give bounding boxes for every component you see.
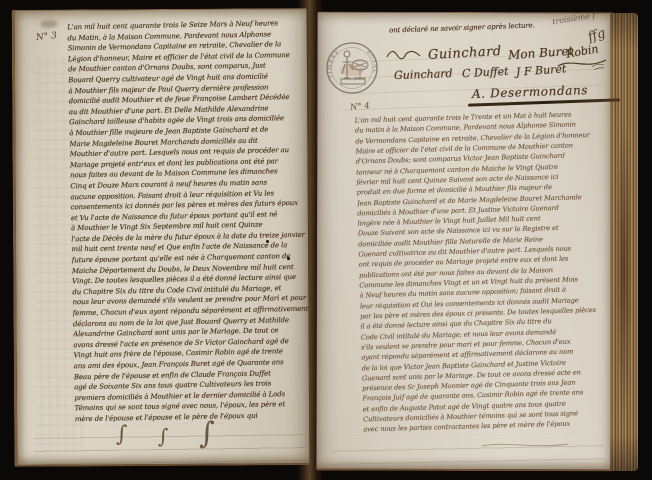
- right-page-text: L'an mil huit cent quarante trois le Tre…: [355, 109, 615, 436]
- ruled-lines-left: [34, 422, 307, 466]
- book-fore-edge: [610, 13, 638, 471]
- tail-flourish-icon: [480, 440, 570, 450]
- signature-witness: C Duffet: [462, 65, 509, 80]
- left-page-text: L'an mil huit cent quarante trois le Sei…: [67, 18, 313, 425]
- ink-blot: [287, 257, 290, 260]
- bracket-flourish-icon: ∫: [116, 422, 127, 447]
- stamp-rim-text: ROYAL: [365, 49, 378, 74]
- ruled-lines-right: [332, 433, 605, 471]
- signature-witness: Guinchard: [394, 67, 453, 82]
- bracket-flourish-icon: ∫: [199, 416, 215, 451]
- bracket-flourish-icon: ∫: [158, 424, 168, 448]
- timbre-royal-stamp-icon: TIMBRE ROYAL: [324, 40, 380, 96]
- ink-blot: [266, 240, 269, 243]
- svg-text:TIMBRE: TIMBRE: [327, 49, 342, 79]
- paraph-flourish-icon: [385, 46, 423, 62]
- ink-smudge: [40, 20, 58, 28]
- stamp-rim-text: TIMBRE: [327, 49, 342, 79]
- svg-text:ROYAL: ROYAL: [365, 49, 378, 74]
- act-number-note-right: N° 4: [350, 101, 371, 113]
- register-photograph: N° 3 L'an mil huit cent quarante trois l…: [0, 0, 652, 480]
